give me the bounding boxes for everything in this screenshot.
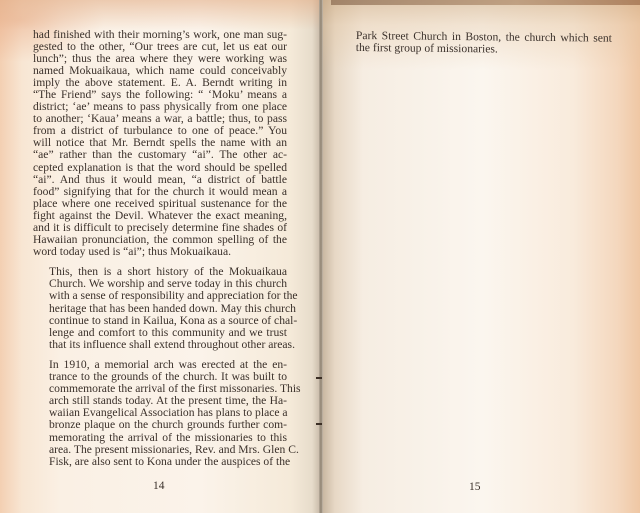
text-line: “ae” rather than the customary “ai”. The… <box>33 149 287 161</box>
binding-staple-mark <box>316 423 322 425</box>
text-line: place where one received spiritual suste… <box>33 198 287 210</box>
paragraph-short-history: This, then is a short history of the Mok… <box>33 266 287 350</box>
page-number-left: 14 <box>153 480 165 492</box>
text-line: food” signifying that for the church it … <box>33 186 287 198</box>
text-line: memorating the arrival of the missionari… <box>33 432 287 444</box>
text-line: the first group of missionaries. <box>356 42 612 57</box>
text-line: that its influence shall extend througho… <box>33 339 287 351</box>
paragraph-park-street-church: Park Street Church in Boston, the church… <box>356 30 612 57</box>
text-line: bronze plaque on the church grounds furt… <box>33 419 287 431</box>
text-line: cepted explanation is that the word shou… <box>33 162 287 174</box>
page-number-right: 15 <box>469 481 481 493</box>
paragraph-mokuaikaua-meaning: had finished with their morning’s work, … <box>33 29 287 258</box>
text-line: and it is difficult to precisely determi… <box>33 222 287 234</box>
left-page: had finished with their morning’s work, … <box>0 0 319 513</box>
text-line: fight against the Devil. Whatever the ex… <box>33 210 287 222</box>
text-line: continue to stand in Kailua, Kona as a s… <box>33 315 287 327</box>
paragraph-memorial-arch: In 1910, a memorial arch was erected at … <box>33 359 287 467</box>
right-page: Park Street Church in Boston, the church… <box>323 0 640 513</box>
right-page-body: Park Street Church in Boston, the church… <box>356 30 612 57</box>
text-line: heritage that has been handed down. May … <box>33 303 287 315</box>
text-line: area. The present missionaries, Rev. and… <box>33 444 287 456</box>
text-line: word today used is “ai”; thus Mokuaikaua… <box>33 246 287 258</box>
text-line: with a sense of responsibility and appre… <box>33 290 287 302</box>
text-line: Fisk, are also sent to Kona under the au… <box>33 456 287 468</box>
binding-staple-mark <box>316 377 322 379</box>
left-page-body: had finished with their morning’s work, … <box>33 29 287 468</box>
text-line: lenge and comfort to this community and … <box>33 327 287 339</box>
book-spread: had finished with their morning’s work, … <box>0 0 640 513</box>
text-line: “ai”. And thus it would mean, “a distric… <box>33 174 287 186</box>
